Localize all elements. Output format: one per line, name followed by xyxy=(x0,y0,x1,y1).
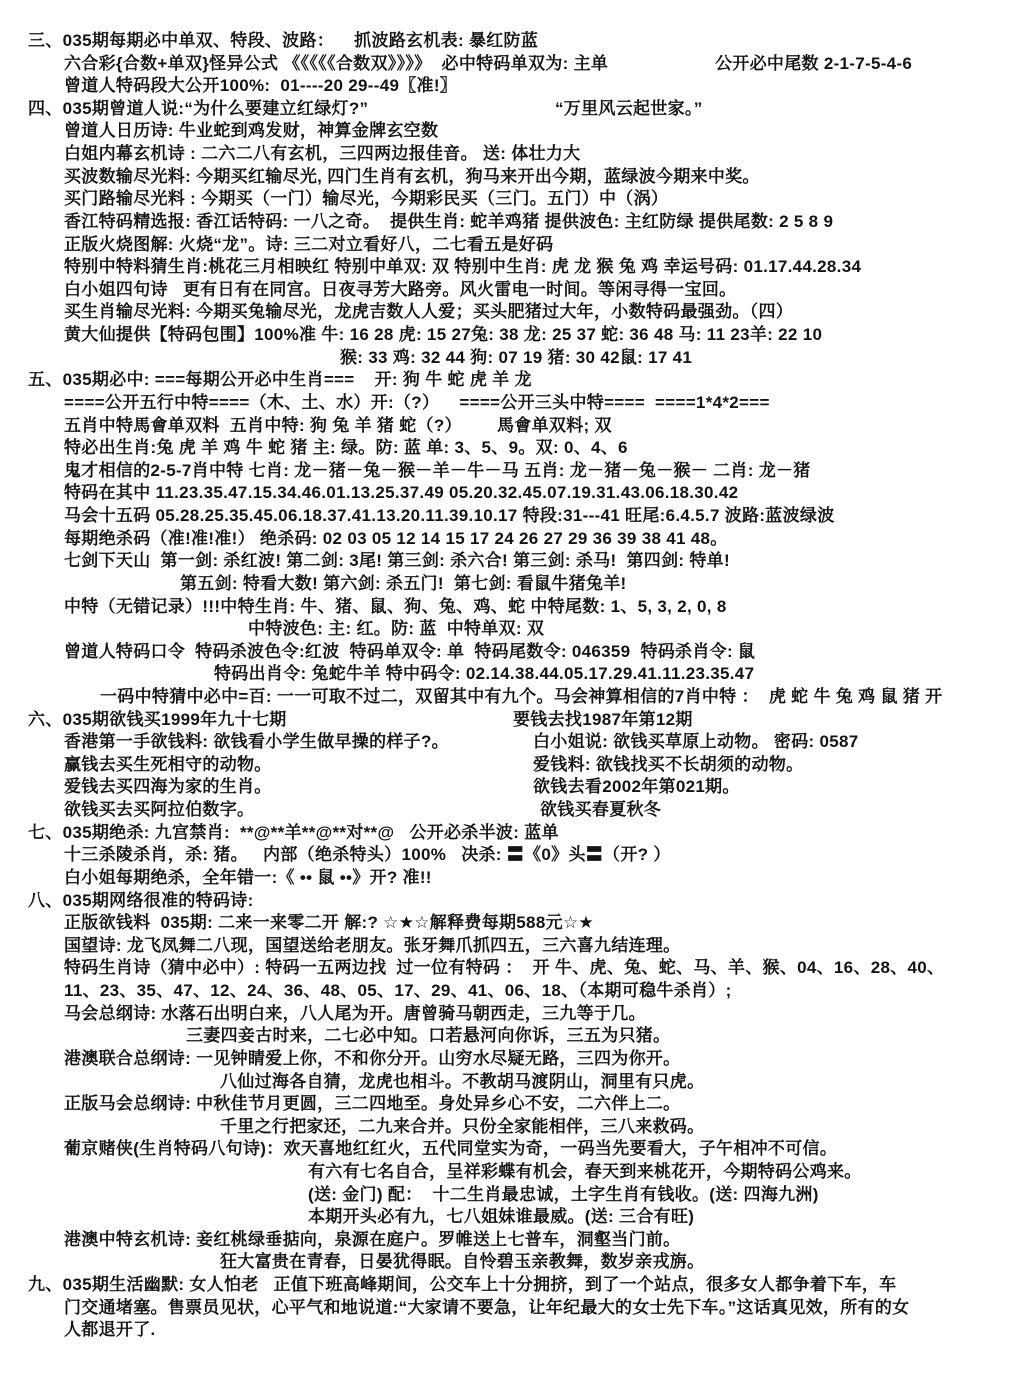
section-4-zengdaoren-line: 白小姐四句诗 更有日有在同宫。日夜寻芳大路旁。风火雷电一时间。等闲寻得一宝回。 xyxy=(0,279,1018,302)
text-segment: 欲钱买去买阿拉伯数字。 xyxy=(64,799,254,821)
text-segment: 一码中特猜中必中=百: 一一可取不过二，双留其中有九个。马会神算相信的7肖中特 … xyxy=(100,686,942,708)
section-6-yuqian-line: 六、035期欲钱买1999年九十七期要钱去找1987年第12期 xyxy=(0,709,1018,732)
section-5-bizhong-line: 五肖中特馬會单双料 五肖中特: 狗 兔 羊 猪 蛇（?） 馬會单双料; 双 xyxy=(0,415,1018,438)
text-segment: 曾道人特码口令 特码杀波色令:红波 特码单双令: 单 特码尾数令: 046359… xyxy=(64,641,755,663)
text-segment: 有六有七名自合，呈祥彩蝶有机会，春天到来桃花开，今期特码公鸡来。 xyxy=(308,1161,862,1183)
section-8-tema-poems-line: 特码生肖诗（猜中必中）: 特码一五两边找 过一位有特码 ： 开 牛、虎、兔、蛇、… xyxy=(0,957,1018,980)
text-segment: 特码在其中 11.23.35.47.15.34.46.01.13.25.37.4… xyxy=(64,482,738,504)
text-segment: 八仙过海各自猜，龙虎也相斗。不教胡马渡阴山，洞里有只虎。 xyxy=(220,1071,704,1093)
text-segment: 门交通堵塞。售票员见状，心平气和地说道:“大家请不要急，让年纪最大的女士先下车。… xyxy=(64,1297,909,1319)
text-segment: “万里风云起世家。” xyxy=(555,98,703,120)
text-segment: 白姐内幕玄机诗 : 二六二八有玄机，三四两边报佳音。 送: 体壮力大 xyxy=(64,143,580,165)
section-7-juesha-line: 七、035期绝杀: 九宫禁肖: **@**羊**@**对**@ 公开必杀半波: … xyxy=(0,822,1018,845)
text-segment: 曾道人日历诗: 牛业蛇到鸡发财，神算金牌玄空数 xyxy=(64,120,438,142)
text-segment: 赢钱去买生死相守的动物。 xyxy=(64,754,272,776)
section-8-tema-poems-line: 八、035期网络很准的特码诗: xyxy=(0,890,1018,913)
section-7-juesha-line: 白小姐每期绝杀，全年错一:《 •• 鼠 ••》开? 准!! xyxy=(0,867,1018,890)
text-segment: 正版欲钱料 035期: 二来一来零二开 解:? ☆★☆解释费每期588元☆★ xyxy=(64,912,594,934)
section-5-bizhong-line: 鬼才相信的2-5-7肖中特 七肖: 龙－猪－兔－猴－羊－牛－马 五肖: 龙－猪－… xyxy=(0,460,1018,483)
section-4-zengdaoren-line: 香江特码精选报: 香江话特码: 一八之奇。 提供生肖: 蛇羊鸡猪 提供波色: 主… xyxy=(0,211,1018,234)
section-5-bizhong-line: 曾道人特码口令 特码杀波色令:红波 特码单双令: 单 特码尾数令: 046359… xyxy=(0,641,1018,664)
text-segment: 七、035期绝杀: 九宫禁肖: **@**羊**@**对**@ 公开必杀半波: … xyxy=(28,822,559,844)
text-segment: 买门路输尽光料 : 今期买（一门）输尽光，今期彩民买（三门。五门）中（涡） xyxy=(64,188,668,210)
section-4-zengdaoren-line: 白姐内幕玄机诗 : 二六二八有玄机，三四两边报佳音。 送: 体壮力大 xyxy=(0,143,1018,166)
text-segment: 人都退开了. xyxy=(64,1319,156,1341)
section-5-bizhong-line: 中特（无错记录）!!!中特生肖: 牛、猪、鼠、狗、兔、鸡、蛇 中特尾数: 1、5… xyxy=(0,596,1018,619)
text-segment: 猴: 33 鸡: 32 44 狗: 07 19 猪: 30 42鼠: 17 41 xyxy=(340,347,692,369)
text-segment: 白小姐说: 欲钱买草原上动物。 密码: 0587 xyxy=(533,731,859,753)
text-segment: 要钱去找1987年第12期 xyxy=(513,709,693,731)
section-6-yuqian-line: 欲钱买去买阿拉伯数字。欲钱买春夏秋冬 xyxy=(0,799,1018,822)
text-segment: 香港第一手欲钱料: 欲钱看小学生做早操的样子?。 xyxy=(64,731,449,753)
section-5-bizhong-line: 每期绝杀码（准!准!准!） 绝杀码: 02 03 05 12 14 15 17 … xyxy=(0,528,1018,551)
section-5-bizhong-line: ====公开五行中特====（木、土、水）开:（?） ====公开三头中特===… xyxy=(0,392,1018,415)
section-6-yuqian-line: 香港第一手欲钱料: 欲钱看小学生做早操的样子?。白小姐说: 欲钱买草原上动物。 … xyxy=(0,731,1018,754)
text-segment: 五、035期必中: ===每期公开必中生肖=== 开: 狗 牛 蛇 虎 羊 龙 xyxy=(28,369,532,391)
section-4-zengdaoren-line: 猴: 33 鸡: 32 44 狗: 07 19 猪: 30 42鼠: 17 41 xyxy=(0,347,1018,370)
section-4-zengdaoren-line: 买波数输尽光料: 今期买红输尽光, 四门生肖有玄机，狗马来开出今期，蓝绿波今期来… xyxy=(0,166,1018,189)
text-segment: 三、035期每期必中单双、特段、波路： 抓波路玄机表: 暴红防蓝 xyxy=(28,30,538,52)
section-8-tema-poems-line: 港澳中特玄机诗: 妾红桃绿垂掂向，泉源在庭户。罗帷送上七普车，洞壑当门前。 xyxy=(0,1229,1018,1252)
text-segment: 爱钱料: 欲钱找买不长胡须的动物。 xyxy=(533,754,803,776)
section-8-tema-poems-line: 国望诗: 龙飞凤舞二八现，国望送给老朋友。张牙舞爪抓四五，三六喜九结连理。 xyxy=(0,935,1018,958)
text-segment: 特码出肖令: 兔蛇牛羊 特中码令: 02.14.38.44.05.17.29.4… xyxy=(214,663,754,685)
text-segment: 公开必中尾数 2-1-7-5-4-6 xyxy=(715,53,912,75)
section-8-tema-poems-line: 有六有七名自合，呈祥彩蝶有机会，春天到来桃花开，今期特码公鸡来。 xyxy=(0,1161,1018,1184)
section-4-zengdaoren-line: 四、035期曾道人说:“为什么要建立红绿灯?”“万里风云起世家。” xyxy=(0,98,1018,121)
section-8-tema-poems-line: 港澳联合总纲诗: 一见钟睛爱上你，不和你分开。山穷水尽疑无路，三四为你开。 xyxy=(0,1048,1018,1071)
text-segment: 白小姐四句诗 更有日有在同宫。日夜寻芳大路旁。风火雷电一时间。等闲寻得一宝回。 xyxy=(64,279,736,301)
text-segment: 九、035期生活幽默: 女人怕老 正值下班高峰期间，公交车上十分拥挤，到了一个站… xyxy=(28,1274,896,1296)
text-segment: 港澳中特玄机诗: 妾红桃绿垂掂向，泉源在庭户。罗帷送上七普车，洞壑当门前。 xyxy=(64,1229,680,1251)
text-segment: 千里之行把家还，二九来合并。只份全家能相伴，三八来救码。 xyxy=(220,1116,704,1138)
section-4-zengdaoren-line: 曾道人日历诗: 牛业蛇到鸡发财，神算金牌玄空数 xyxy=(0,120,1018,143)
text-segment: 欲钱去看2002年第021期。 xyxy=(533,776,740,798)
text-segment: 中特波色: 主: 红。防: 蓝 中特单双: 双 xyxy=(248,618,544,640)
section-9-humor-line: 门交通堵塞。售票员见状，心平气和地说道:“大家请不要急，让年纪最大的女士先下车。… xyxy=(0,1297,1018,1320)
section-4-zengdaoren-line: 买门路输尽光料 : 今期买（一门）输尽光，今期彩民买（三门。五门）中（涡） xyxy=(0,188,1018,211)
section-9-humor-line: 人都退开了. xyxy=(0,1319,1018,1342)
text-segment: 黄大仙提供【特码包围】100%准 牛: 16 28 虎: 15 27兔: 38 … xyxy=(64,324,822,346)
text-segment: 五肖中特馬會单双料 五肖中特: 狗 兔 羊 猪 蛇（?） 馬會单双料; 双 xyxy=(64,415,612,437)
text-segment: 香江特码精选报: 香江话特码: 一八之奇。 提供生肖: 蛇羊鸡猪 提供波色: 主… xyxy=(64,211,833,233)
text-segment: 特必出生肖:兔 虎 羊 鸡 牛 蛇 猪 主: 绿。防: 蓝 单: 3、5、9。双… xyxy=(64,437,628,459)
text-segment: 正版马会总纲诗: 中秋佳节月更圆，三二四地至。身处异乡心不安，二六伴上二。 xyxy=(64,1093,680,1115)
text-segment: 港澳联合总纲诗: 一见钟睛爱上你，不和你分开。山穷水尽疑无路，三四为你开。 xyxy=(64,1048,680,1070)
text-segment: 买生肖输尽光料: 今期买兔输尽光，龙虎吉数人人爱；买头肥猪过大年，小数特码最强劲… xyxy=(64,301,793,323)
text-segment: 11、23、35、47、12、24、36、48、05、17、29、41、06、1… xyxy=(64,980,732,1002)
section-8-tema-poems-line: 八仙过海各自猜，龙虎也相斗。不教胡马渡阴山，洞里有只虎。 xyxy=(0,1071,1018,1094)
section-8-tema-poems-line: 葡京赌侠(生肖特码八句诗)：欢天喜地红红火，五代同堂实为奇，一码当先要看大，子午… xyxy=(0,1138,1018,1161)
section-4-zengdaoren-line: 正版火烧图解: 火烧“龙”。诗: 三二对立看好八，二七看五是好码 xyxy=(0,234,1018,257)
section-3-bidan-tips-line: 曾道人特码段大公开100%: 01----20 29--49〖准!〗 xyxy=(0,75,1018,98)
text-segment: 特别中特料猜生肖:桃花三月相映红 特别中单双: 双 特别中生肖: 虎 龙 猴 兔… xyxy=(64,256,861,278)
section-8-tema-poems-line: 本期开头必有九，七八姐妹谁最威。(送: 三合有旺) xyxy=(0,1206,1018,1229)
text-segment: 葡京赌侠(生肖特码八句诗)：欢天喜地红红火，五代同堂实为奇，一码当先要看大，子午… xyxy=(64,1138,837,1160)
section-5-bizhong-line: 一码中特猜中必中=百: 一一可取不过二，双留其中有九个。马会神算相信的7肖中特 … xyxy=(0,686,1018,709)
section-5-bizhong-line: 七剑下天山 第一剑: 杀红波! 第二剑: 3尾! 第三剑: 杀六合! 第三剑: … xyxy=(0,550,1018,573)
section-8-tema-poems-line: 狂大富贵在青春，日晏犹得眠。自怜碧玉亲教舞，数岁亲戎旃。 xyxy=(0,1251,1018,1274)
section-8-tema-poems-line: 11、23、35、47、12、24、36、48、05、17、29、41、06、1… xyxy=(0,980,1018,1003)
text-segment: 七剑下天山 第一剑: 杀红波! 第二剑: 3尾! 第三剑: 杀六合! 第三剑: … xyxy=(64,550,730,572)
text-segment: 八、035期网络很准的特码诗: xyxy=(28,890,254,912)
text-segment: 特码生肖诗（猜中必中）: 特码一五两边找 过一位有特码 ： 开 牛、虎、兔、蛇、… xyxy=(64,957,944,979)
text-segment: 本期开头必有九，七八姐妹谁最威。(送: 三合有旺) xyxy=(308,1206,694,1228)
text-segment: 狂大富贵在青春，日晏犹得眠。自怜碧玉亲教舞，数岁亲戎旃。 xyxy=(220,1251,704,1273)
text-segment: 马会总纲诗: 水落石出明白来，八人尾为开。唐曾骑马朝西走，三九等于几。 xyxy=(64,1003,646,1025)
text-segment: 欲钱买春夏秋冬 xyxy=(540,799,661,821)
section-7-juesha-line: 十三杀陵杀肖，杀: 猪。 内部（绝杀特头）100% 决杀: 〓《0》头〓（开? … xyxy=(0,844,1018,867)
section-8-tema-poems-line: 千里之行把家还，二九来合并。只份全家能相伴，三八来救码。 xyxy=(0,1116,1018,1139)
text-segment: 正版火烧图解: 火烧“龙”。诗: 三二对立看好八，二七看五是好码 xyxy=(64,234,553,256)
text-segment: 六、035期欲钱买1999年九十七期 xyxy=(28,709,287,731)
text-segment: 爱钱去买四海为家的生肖。 xyxy=(64,776,272,798)
section-5-bizhong-line: 五、035期必中: ===每期公开必中生肖=== 开: 狗 牛 蛇 虎 羊 龙 xyxy=(0,369,1018,392)
section-8-tema-poems-line: 马会总纲诗: 水落石出明白来，八人尾为开。唐曾骑马朝西走，三九等于几。 xyxy=(0,1003,1018,1026)
section-5-bizhong-line: 马会十五码 05.28.25.35.45.06.18.37.41.13.20.1… xyxy=(0,505,1018,528)
section-5-bizhong-line: 第五剑: 特看大数! 第六剑: 杀五门! 第七剑: 看鼠牛猪兔羊! xyxy=(0,573,1018,596)
text-segment: 鬼才相信的2-5-7肖中特 七肖: 龙－猪－兔－猴－羊－牛－马 五肖: 龙－猪－… xyxy=(64,460,811,482)
section-3-bidan-tips-line: 六合彩{合数+单双}怪异公式 《《《《《合数双》》》》 必中特码单双为: 主单公… xyxy=(0,53,1018,76)
text-segment: 买波数输尽光料: 今期买红输尽光, 四门生肖有玄机，狗马来开出今期，蓝绿波今期来… xyxy=(64,166,760,188)
section-9-humor-line: 九、035期生活幽默: 女人怕老 正值下班高峰期间，公交车上十分拥挤，到了一个站… xyxy=(0,1274,1018,1297)
section-8-tema-poems-line: (送: 金门) 配： 十二生肖最忠诚，土字生肖有钱收。(送: 四海九洲) xyxy=(0,1184,1018,1207)
section-4-zengdaoren-line: 黄大仙提供【特码包围】100%准 牛: 16 28 虎: 15 27兔: 38 … xyxy=(0,324,1018,347)
section-3-bidan-tips-line: 三、035期每期必中单双、特段、波路： 抓波路玄机表: 暴红防蓝 xyxy=(0,30,1018,53)
section-5-bizhong-line: 特码出肖令: 兔蛇牛羊 特中码令: 02.14.38.44.05.17.29.4… xyxy=(0,663,1018,686)
section-5-bizhong-line: 中特波色: 主: 红。防: 蓝 中特单双: 双 xyxy=(0,618,1018,641)
section-6-yuqian-line: 爱钱去买四海为家的生肖。欲钱去看2002年第021期。 xyxy=(0,776,1018,799)
document-page: 三、035期每期必中单双、特段、波路： 抓波路玄机表: 暴红防蓝六合彩{合数+单… xyxy=(0,0,1018,1388)
section-8-tema-poems-line: 正版马会总纲诗: 中秋佳节月更圆，三二四地至。身处异乡心不安，二六伴上二。 xyxy=(0,1093,1018,1116)
section-8-tema-poems-line: 三妻四妾古时来，二七必中知。口若悬河向你诉，三五为只猪。 xyxy=(0,1025,1018,1048)
section-4-zengdaoren-line: 买生肖输尽光料: 今期买兔输尽光，龙虎吉数人人爱；买头肥猪过大年，小数特码最强劲… xyxy=(0,301,1018,324)
text-segment: 十三杀陵杀肖，杀: 猪。 内部（绝杀特头）100% 决杀: 〓《0》头〓（开? … xyxy=(64,844,671,866)
section-6-yuqian-line: 赢钱去买生死相守的动物。爱钱料: 欲钱找买不长胡须的动物。 xyxy=(0,754,1018,777)
lottery-tips-document: { "page": { "background": "#ffffff", "te… xyxy=(0,0,1018,1388)
text-segment: 国望诗: 龙飞凤舞二八现，国望送给老朋友。张牙舞爪抓四五，三六喜九结连理。 xyxy=(64,935,680,957)
text-segment: 中特（无错记录）!!!中特生肖: 牛、猪、鼠、狗、兔、鸡、蛇 中特尾数: 1、5… xyxy=(64,596,727,618)
section-5-bizhong-line: 特码在其中 11.23.35.47.15.34.46.01.13.25.37.4… xyxy=(0,482,1018,505)
text-segment: (送: 金门) 配： 十二生肖最忠诚，土字生肖有钱收。(送: 四海九洲) xyxy=(308,1184,819,1206)
text-segment: 六合彩{合数+单双}怪异公式 《《《《《合数双》》》》 必中特码单双为: 主单 xyxy=(64,53,608,75)
text-segment: 四、035期曾道人说:“为什么要建立红绿灯?” xyxy=(28,98,368,120)
text-segment: ====公开五行中特====（木、土、水）开:（?） ====公开三头中特===… xyxy=(64,392,770,414)
text-segment: 白小姐每期绝杀，全年错一:《 •• 鼠 ••》开? 准!! xyxy=(64,867,432,889)
text-segment: 三妻四妾古时来，二七必中知。口若悬河向你诉，三五为只猪。 xyxy=(186,1025,670,1047)
section-4-zengdaoren-line: 特别中特料猜生肖:桃花三月相映红 特别中单双: 双 特别中生肖: 虎 龙 猴 兔… xyxy=(0,256,1018,279)
text-segment: 第五剑: 特看大数! 第六剑: 杀五门! 第七剑: 看鼠牛猪兔羊! xyxy=(180,573,627,595)
section-8-tema-poems-line: 正版欲钱料 035期: 二来一来零二开 解:? ☆★☆解释费每期588元☆★ xyxy=(0,912,1018,935)
text-segment: 曾道人特码段大公开100%: 01----20 29--49〖准!〗 xyxy=(64,75,457,97)
section-5-bizhong-line: 特必出生肖:兔 虎 羊 鸡 牛 蛇 猪 主: 绿。防: 蓝 单: 3、5、9。双… xyxy=(0,437,1018,460)
text-segment: 马会十五码 05.28.25.35.45.06.18.37.41.13.20.1… xyxy=(64,505,835,527)
text-segment: 每期绝杀码（准!准!准!） 绝杀码: 02 03 05 12 14 15 17 … xyxy=(64,528,728,550)
